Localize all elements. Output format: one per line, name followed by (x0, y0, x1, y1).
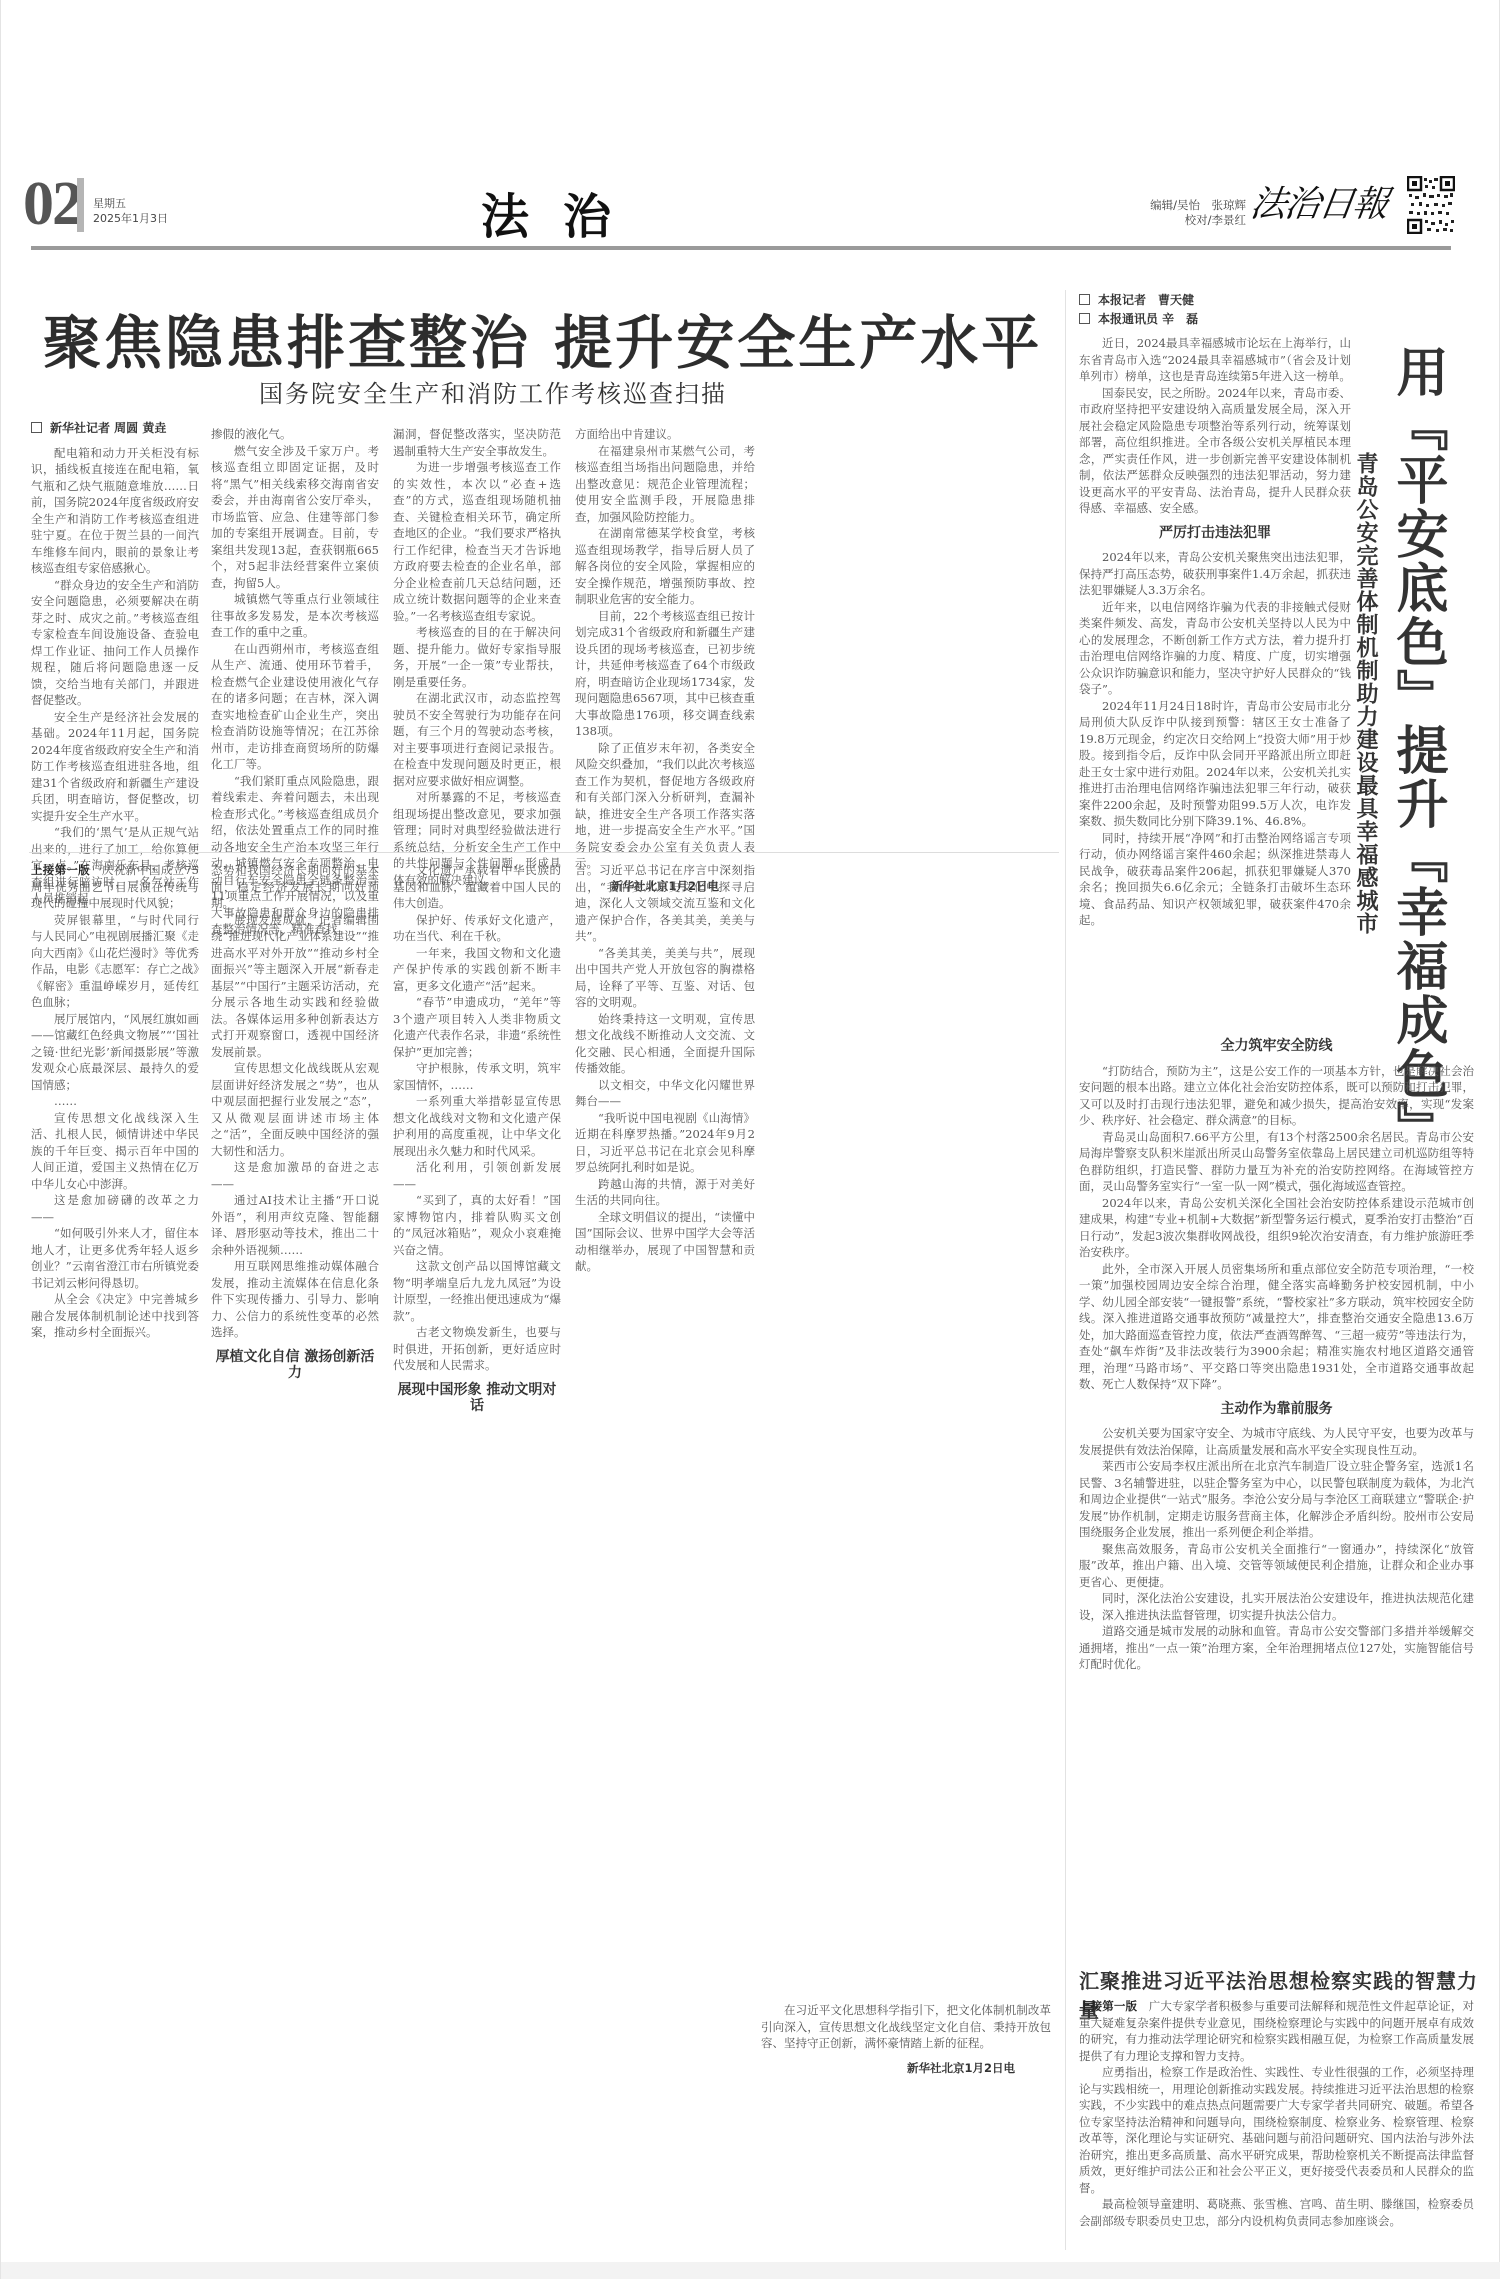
paragraph: 守护根脉，传承文明，筑牢家国情怀，…… (393, 1060, 561, 1093)
paragraph: 一系列重大举措彰显宣传思想文化战线对文物和文化遗产保护利用的高度重视，让中华文化… (393, 1093, 561, 1159)
paragraph: 聚焦高效服务，青岛市公安机关全面推行“一窗通办”，持续深化“放管服”改革，推出户… (1079, 1541, 1474, 1591)
paragraph: 保护好、传承好文化遗产，功在当代、利在千秋。 (393, 912, 561, 945)
paragraph: 宣传思想文化战线深入生活、扎根人民，倾情讲述中华民族的千年巨变、揭示百年中国的人… (31, 1110, 199, 1193)
top-story-column-1: 新华社记者 周圆 黄垚 配电箱和动力开关柜没有标识，插线板直接连在配电箱，氧气瓶… (31, 420, 199, 907)
section-subhead: 主动作为靠前服务 (1079, 1401, 1474, 1418)
weekday: 星期五 (93, 196, 168, 211)
paragraph: 城镇燃气等重点行业领域往往事故多发易发，是本次考核巡查工作的重中之重。 (211, 591, 379, 641)
paragraph: 全球文明倡议的提出，“读懂中国”国际会议、世界中国学大会等活动相继举办，展现了中… (575, 1209, 755, 1275)
paragraph: 古老文物焕发新生，也要与时俱进，开拓创新，更好适应时代发展和人民需求。 (393, 1324, 561, 1374)
culture-story-dateline: 新华社北京1月2日电 (761, 2060, 1051, 2077)
paragraph: 燃气安全涉及千家万户。考核巡查组立即固定证据，及时将“黑气”相关线索移交海南省安… (211, 443, 379, 592)
paragraph: 活化利用，引领创新发展—— (393, 1159, 561, 1192)
paragraph: “打防结合，预防为主”，这是公安工作的一项基本方针，也是解决社会治安问题的根本出… (1079, 1063, 1474, 1129)
paragraph: 上接第一版 广大专家学者积极参与重要司法解释和规范性文件起草论证，对重大疑难复杂… (1079, 1998, 1474, 2064)
paragraph: 2024年以来，青岛公安机关深化全国社会治安防控体系建设示范城市创建成果，构建“… (1079, 1195, 1474, 1261)
reporter-byline: 本报记者 曹天健 (1079, 292, 1351, 309)
paragraph: 同时，深化法治公安建设，扎实开展法治公安建设年，推进执法规范化建设，深入推进执法… (1079, 1590, 1474, 1623)
paragraph: 目前，22个考核巡查组已按计划完成31个省级政府和新疆生产建设兵团的现场考核巡查… (575, 608, 755, 740)
paragraph: 为进一步增强考核巡查工作的实效性，本次以“必查+选查”的方式，巡查组现场随机抽查… (393, 459, 561, 624)
paragraph: “我听说中国电视剧《山海情》近期在科摩罗热播。”2024年9月2日，习近平总书记… (575, 1110, 755, 1176)
culture-story-column-2: 态势和我国经济长期向好的基本面，稳定经济发展长期向好预期。 展现发展成就，记者编… (211, 862, 379, 1390)
newspaper-logo: 法治日報 (1247, 176, 1390, 227)
byline-box-icon (1079, 294, 1090, 305)
editors-line: 编辑/吴怡 张琼辉 (1128, 198, 1246, 213)
paragraph: 言。习近平总书记在序言中深刻指出，“我们要从历史文化中探寻启迪，深化人文领域交流… (575, 862, 755, 945)
date: 2025年1月3日 (93, 211, 168, 226)
culture-story-column-1: 上接第一版 庆祝新中国成立75周年优秀曲艺节目展演在传统与现代的碰撞中展现时代风… (31, 862, 199, 1341)
paragraph: 展现发展成就，记者编辑围绕“推进现代化产业体系建设”“推进高水平对外开放”“推动… (211, 912, 379, 1061)
paragraph: 态势和我国经济长期向好的基本面，稳定经济发展长期向好预期。 (211, 862, 379, 912)
paragraph: 文化遗产承载着中华民族的基因和血脉，蕴藏着中国人民的伟大创造。 (393, 862, 561, 912)
culture-story-column-5: 在习近平文化思想科学指引下，把文化体制机制改革引向深入，宣传思想文化战线坚定文化… (761, 862, 1051, 2076)
masthead: 02 星期五 2025年1月3日 法治 编辑/吴怡 张琼辉 校对/李景红 法治日… (23, 176, 1500, 236)
paragraph: 近年来，以电信网络诈骗为代表的非接触式侵财类案件频发、高发，青岛市公安机关坚持以… (1079, 599, 1351, 698)
paragraph: 这款文创产品以国博馆藏文物“明孝端皇后九龙九凤冠”为设计原型，一经推出便迅速成为… (393, 1258, 561, 1324)
paragraph: 应勇指出，检察工作是政治性、实践性、专业性很强的工作，必须坚持理论与实践相统一，… (1079, 2064, 1474, 2196)
paragraph: “群众身边的安全生产和消防安全问题隐患，必须要解决在萌芽之时、成灾之前。”考核巡… (31, 577, 199, 709)
paragraph: 安全生产是经济社会发展的基础。2024年11月起，国务院2024年度省级政府安全… (31, 709, 199, 825)
paragraph: 道路交通是城市发展的动脉和血管。青岛市公安交警部门多措并举缓解交通拥堵，推出“一… (1079, 1623, 1474, 1673)
paragraph: 一年来，我国文物和文化遗产保护传承的实践创新不断丰富，更多文化遗产“活”起来。 (393, 945, 561, 995)
top-story-column-2: 掺假的液化气。 燃气安全涉及千家万户。考核巡查组立即固定证据，及时将“黑气”相关… (211, 426, 379, 938)
paragraph: 跨越山海的共情，源于对美好生活的共同向往。 (575, 1176, 755, 1209)
paragraph: 考核巡查的目的在于解决问题、提升能力。做好专家指导服务，开展“一企一策”专业帮扶… (393, 624, 561, 690)
paragraph: 这是愈加激昂的奋进之志—— (211, 1159, 379, 1192)
paragraph: 2024年以来，青岛公安机关聚焦突出违法犯罪，保持严打高压态势，破获刑事案件1.… (1079, 549, 1351, 599)
byline-box-icon (1079, 313, 1090, 324)
paragraph: 漏洞，督促整改落实，坚决防范遏制重特大生产安全事故发生。 (393, 426, 561, 459)
paragraph: 在山西朔州市，考核巡查组从生产、流通、使用环节着手，检查燃气企业建设使用液化气存… (211, 641, 379, 773)
culture-story-column-4: 言。习近平总书记在序言中深刻指出，“我们要从历史文化中探寻启迪，深化人文领域交流… (575, 862, 755, 1275)
issue-date: 星期五 2025年1月3日 (93, 196, 168, 226)
paragraph: 始终秉持这一文明观，宣传思想文化战线不断推动人文交流、文化交融、民心相通，全面提… (575, 1011, 755, 1077)
top-story-headline: 聚焦隐患排查整治 提升安全生产水平 (43, 296, 1042, 380)
byline-box-icon (31, 422, 42, 433)
paragraph: …… (31, 1093, 199, 1110)
section-subhead: 全力筑牢安全防线 (1079, 1038, 1474, 1055)
paragraph: 荧屏银幕里，“与时代同行 与人民同心”电视剧展播汇聚《走向大西南》《山花烂漫时》… (31, 912, 199, 1011)
paragraph: 在湖南常德某学校食堂，考核巡查组现场教学，指导后厨人员了解各岗位的安全风险，掌握… (575, 525, 755, 608)
newspaper-page: 02 星期五 2025年1月3日 法治 编辑/吴怡 张琼辉 校对/李景红 法治日… (0, 0, 1500, 2279)
qingdao-story: 本报记者 曹天健 本报通讯员 辛 磊 近日，2024最具幸福感城市论坛在上海举行… (1079, 292, 1351, 929)
paragraph: 这是愈加磅礴的改革之力—— (31, 1192, 199, 1225)
masthead-rule (31, 246, 1451, 250)
paragraph: 此外，全市深入开展人员密集场所和重点部位安全防范专项治理，“一校一策”加强校园周… (1079, 1261, 1474, 1393)
paragraph: 最高检领导童建明、葛晓燕、张雪樵、宫鸣、苗生明、滕继国，检察委员会副部级专职委员… (1079, 2196, 1474, 2229)
paragraph: 展厅展馆内，“风展红旗如画——馆藏红色经典文物展”“‘国社之镜·世纪光影’新闻摄… (31, 1011, 199, 1094)
section-subhead: 展现中国形象 推动文明对话 (393, 1382, 561, 1415)
paragraph: 配电箱和动力开关柜没有标识，插线板直接连在配电箱，氧气瓶和乙炔气瓶随意堆放……日… (31, 445, 199, 577)
paragraph: 掺假的液化气。 (211, 426, 379, 443)
procuratorate-story: 上接第一版 广大专家学者积极参与重要司法解释和规范性文件起草论证，对重大疑难复杂… (1079, 1998, 1474, 2229)
paragraph: 青岛灵山岛面积7.66平方公里，有13个村落2500余名居民。青岛市公安局海岸警… (1079, 1129, 1474, 1195)
paragraph: 在湖北武汉市，动态监控驾驶员不安全驾驶行为功能存在问题，有三个月的驾驶动态考核，… (393, 690, 561, 789)
paragraph: 上接第一版 庆祝新中国成立75周年优秀曲艺节目展演在传统与现代的碰撞中展现时代风… (31, 862, 199, 912)
paragraph: 方面给出中肯建议。 (575, 426, 755, 443)
paragraph: “如何吸引外来人才，留住本地人才，让更多优秀年轻人返乡创业？”云南省澄江市右所镇… (31, 1225, 199, 1291)
paragraph: 从全会《决定》中完善城乡融合发展体制机制论述中找到答案，推动乡村全面振兴。 (31, 1291, 199, 1341)
lead-label: 上接第一版 (1079, 1999, 1137, 2013)
qingdao-story-deck: 青岛公安完善体制机制助力建设最具幸福感城市 (1351, 452, 1381, 935)
page-number-divider (77, 178, 84, 232)
paragraph: 用互联网思维推动媒体融合发展，推动主流媒体在信息化条件下实现传播力、引导力、影响… (211, 1258, 379, 1341)
column-divider (1065, 290, 1066, 2250)
paragraph: 通过AI技术让主播“开口说外语”，利用声纹克隆、智能翻译、唇形驱动等技术，推出二… (211, 1192, 379, 1258)
story-divider (29, 852, 1059, 853)
top-story-column-3: 漏洞，督促整改落实，坚决防范遏制重特大生产安全事故发生。 为进一步增强考核巡查工… (393, 426, 561, 888)
paragraph: 莱西市公安局李权庄派出所在北京汽车制造厂设立驻企警务室，选派1名民警、3名辅警进… (1079, 1458, 1474, 1541)
paragraph: 公安机关要为国家守安全、为城市守底线、为人民守平安，也要为改革与发展提供有效法治… (1079, 1425, 1474, 1458)
top-story-byline: 新华社记者 周圆 黄垚 (31, 420, 199, 437)
paragraph: 国泰民安，民之所盼。2024年以来，青岛市委、市政府坚持把平安建设纳入高质量发展… (1079, 385, 1351, 517)
page-footer-band (1, 2262, 1500, 2279)
qingdao-story-wide: 全力筑牢安全防线 “打防结合，预防为主”，这是公安工作的一项基本方针，也是解决社… (1079, 1030, 1474, 1673)
paragraph: 同时，持续开展“净网”和打击整治网络谣言专项行动，侦办网络谣言案件460余起；纵… (1079, 830, 1351, 929)
paragraph: 在福建泉州市某燃气公司，考核巡查组当场指出问题隐患，并给出整改意见：规范企业管理… (575, 443, 755, 526)
closing-paragraph: 在习近平文化思想科学指引下，把文化体制机制改革引向深入，宣传思想文化战线坚定文化… (761, 2002, 1051, 2052)
culture-story-column-3: 文化遗产承载着中华民族的基因和血脉，蕴藏着中国人民的伟大创造。 保护好、传承好文… (393, 862, 561, 1423)
lead-label: 上接第一版 (31, 863, 90, 877)
correspondent-byline: 本报通讯员 辛 磊 (1079, 311, 1351, 328)
section-title: 法治 (481, 178, 645, 247)
top-story-deck: 国务院安全生产和消防工作考核巡查扫描 (259, 374, 727, 409)
paragraph: 2024年11月24日18时许，青岛市公安局市北分局刑侦大队反诈中队接到预警：辖… (1079, 698, 1351, 830)
page-number: 02 (23, 176, 81, 232)
section-subhead: 严厉打击违法犯罪 (1079, 525, 1351, 542)
paragraph: 以文相交，中华文化闪耀世界舞台—— (575, 1077, 755, 1110)
section-subhead: 厚植文化自信 激扬创新活力 (211, 1349, 379, 1382)
editors-credit: 编辑/吴怡 张琼辉 校对/李景红 (1128, 198, 1246, 228)
paragraph: 近日，2024最具幸福感城市论坛在上海举行，山东省青岛市入选“2024最具幸福感… (1079, 335, 1351, 385)
paragraph: 宣传思想文化战线既从宏观层面讲好经济发展之“势”，也从中观层面把握行业发展之“态… (211, 1060, 379, 1159)
paragraph: “各美其美，美美与共”，展现出中国共产党人开放包容的胸襟格局，诠释了平等、互鉴、… (575, 945, 755, 1011)
qr-code-icon[interactable] (1407, 176, 1455, 234)
paragraph: “春节”申遗成功，“羌年”等3个遗产项目转入人类非物质文化遗产代表作名录，非遗“… (393, 994, 561, 1060)
top-story-column-4: 方面给出中肯建议。 在福建泉州市某燃气公司，考核巡查组当场指出问题隐患，并给出整… (575, 426, 755, 894)
paragraph: “买到了，真的太好看！”国家博物馆内，排着队购买文创的“凤冠冰箱贴”，观众小哀难… (393, 1192, 561, 1258)
proofreader-line: 校对/李景红 (1128, 213, 1246, 228)
